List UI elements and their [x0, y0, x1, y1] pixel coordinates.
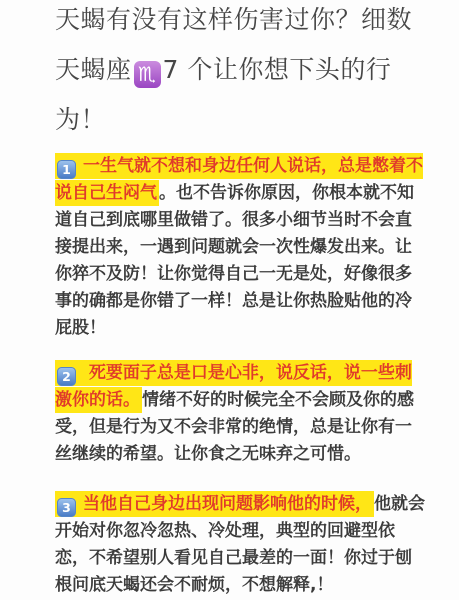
behavior-section-1: 1一生气就不想和身边任何人说话，总是憋着不说自己生闷气。也不告诉你原因，你根本就…	[55, 153, 425, 342]
title-text-part-3: 7 个让你想下头的行	[163, 55, 392, 84]
title-line-2: 天蝎座♏7 个让你想下头的行	[55, 45, 425, 95]
behavior-section-2: 2 死要面子总是口是心非，说反话，说一些刺激你的话。情绪不好的时候完全不会顾及你…	[55, 360, 425, 468]
section-3-highlight-text: 当他自己身边出现问题影响他的时候，	[83, 494, 372, 514]
scorpio-emoji-icon: ♏	[134, 61, 161, 88]
keycap-1-icon: 1	[57, 160, 76, 179]
title-text-part-4: 为！	[55, 105, 106, 134]
section-3-highlight: 3当他自己身边出现问题影响他的时候，	[55, 491, 374, 517]
post-page: 天蝎有没有这样伤害过你？细数天蝎座♏7 个让你想下头的行为！ 1一生气就不想和身…	[0, 0, 459, 599]
title-text-part-2: 天蝎座	[55, 55, 132, 84]
behavior-section-3: 3当他自己身边出现问题影响他的时候，他就会开始对你忽冷忽热、冷处理，典型的回避型…	[55, 491, 425, 599]
keycap-2-icon: 2	[57, 367, 76, 386]
section-1-body-text: 。也不告诉你原因，你根本就不知道自己到底哪里做错了。很多小细节当时不会直接提出来…	[55, 183, 414, 338]
title-line-3: 为！	[55, 95, 425, 145]
title-line-1: 天蝎有没有这样伤害过你？细数	[55, 0, 425, 45]
title-text-part-1: 天蝎有没有这样伤害过你？细数	[55, 5, 412, 34]
post-title: 天蝎有没有这样伤害过你？细数天蝎座♏7 个让你想下头的行为！	[55, 0, 425, 145]
keycap-3-icon: 3	[57, 498, 76, 517]
